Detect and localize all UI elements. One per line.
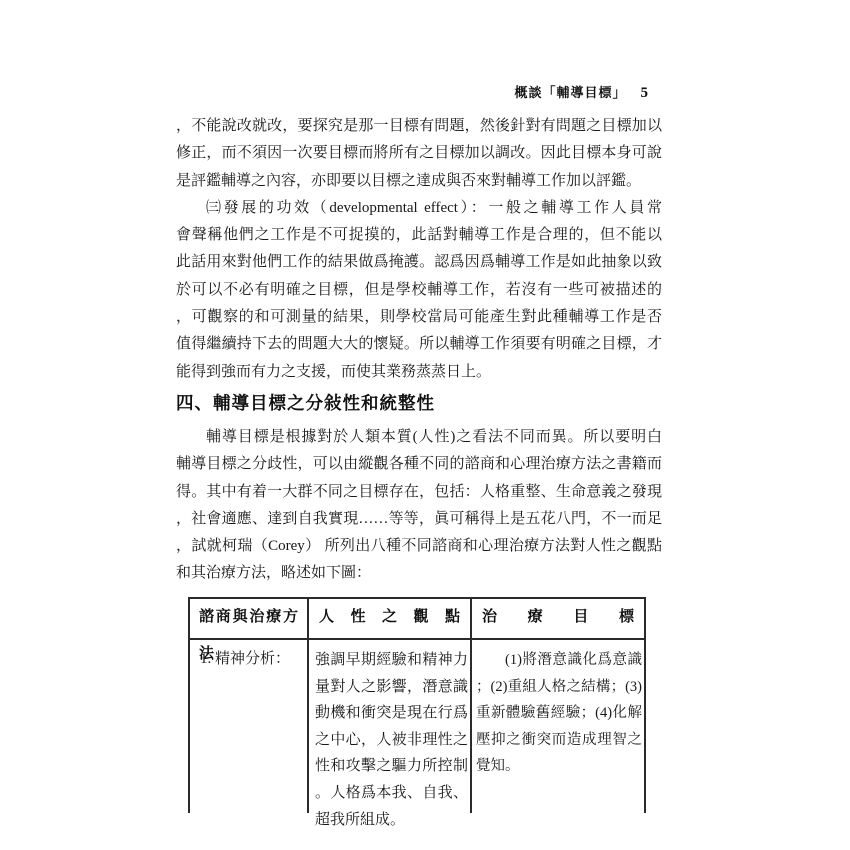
- column-header-human-nature-view: 人性之觀點: [309, 599, 472, 638]
- text-line: 動機和衝突是現在行爲: [315, 700, 468, 727]
- therapy-methods-table: 諮商與治療方法 人性之觀點 治療目標 1. 精神分析： 強調早期經驗和精神力量對…: [188, 597, 646, 813]
- text-line: 得。其中有着一大群不同之目標存在，包括：人格重整、生命意義之發現: [176, 479, 662, 506]
- text-line: ，不能說改就改，要探究是那一目標有問題，然後針對有問題之目標加以: [176, 113, 662, 140]
- body-text-block: ，不能說改就改，要探究是那一目標有問題，然後針對有問題之目標加以修正，而不須因一…: [176, 113, 662, 386]
- text-line: 會聲稱他們之工作是不可捉摸的，此話對輔導工作是合理的，但不能以: [176, 222, 662, 249]
- book-page: 概談「輔導目標」5 ，不能說改就改，要探究是那一目標有問題，然後針對有問題之目標…: [0, 0, 850, 850]
- text-line: 覺知。: [476, 753, 642, 780]
- text-line: 是評鑑輔導之內容，亦即要以目標之達成與否來對輔導工作加以評鑑。: [176, 168, 662, 195]
- text-line: 值得繼續持下去的問題大大的懷疑。所以輔導工作須要有明確之目標，才: [176, 331, 662, 358]
- text-line: ，試就柯瑞（Corey） 所列出八種不同諮商和心理治療方法對人性之觀點: [176, 533, 662, 560]
- text-line: 壓抑之衝突而造成理智之: [476, 727, 642, 754]
- text-line: 修正，而不須因一次要目標而將所有之目標加以調改。因此目標本身可說: [176, 140, 662, 167]
- text-line: 重新體驗舊經驗；(4)化解: [476, 700, 642, 727]
- page-header: 概談「輔導目標」5: [0, 82, 648, 102]
- text-line: 之中心，人被非理性之: [315, 727, 468, 754]
- paragraph-developmental-effect: ㈢發展的功效（developmental effect）：一般之輔導工作人員常會…: [176, 195, 662, 386]
- paragraph-goal-divergence: 輔導目標是根據對於人類本質(人性)之看法不同而異。所以要明白輔導目標之分歧性，可…: [176, 424, 662, 588]
- cell-therapy-goal: (1)將潛意識化爲意識；(2)重組人格之結構；(3)重新體驗舊經驗；(4)化解壓…: [472, 640, 644, 813]
- table-row: 1. 精神分析： 強調早期經驗和精神力量對人之影響，潛意識動機和衝突是現在行爲之…: [190, 640, 644, 813]
- paragraph-continuation: ，不能說改就改，要探究是那一目標有問題，然後針對有問題之目標加以修正，而不須因一…: [176, 113, 662, 195]
- cell-method-psychoanalysis: 1. 精神分析：: [190, 640, 309, 813]
- text-line: 和其治療方法，略述如下圖：: [176, 560, 662, 587]
- text-line: 強調早期經驗和精神力: [315, 647, 468, 674]
- text-line: 於可以不必有明確之目標，但是學校輔導工作，若沒有一些可被描述的: [176, 277, 662, 304]
- text-line: 超我所組成。: [315, 807, 468, 834]
- text-line: 能得到強而有力之支援，而使其業務蒸蒸日上。: [176, 359, 662, 386]
- text-line: 性和攻擊之驅力所控制: [315, 753, 468, 780]
- column-header-method: 諮商與治療方法: [190, 599, 309, 638]
- running-title: 概談「輔導目標」: [514, 85, 626, 100]
- text-line: 此話用來對他們工作的結果做爲掩護。認爲因爲輔導工作是如此抽象以致: [176, 249, 662, 276]
- section-heading: 四、輔導目標之分敍性和統整性: [176, 390, 662, 417]
- column-header-therapy-goal: 治療目標: [472, 599, 644, 638]
- table-header-row: 諮商與治療方法 人性之觀點 治療目標: [190, 599, 644, 640]
- text-line: ，可觀察的和可測量的結果，則學校當局可能產生對此種輔導工作是否: [176, 304, 662, 331]
- page-number: 5: [641, 85, 649, 101]
- text-line: 輔導目標之分歧性，可以由縱觀各種不同的諮商和心理治療方法之書籍而: [176, 451, 662, 478]
- text-line: ；(2)重組人格之結構；(3): [476, 674, 642, 701]
- cell-human-nature-view: 強調早期經驗和精神力量對人之影響，潛意識動機和衝突是現在行爲之中心，人被非理性之…: [309, 640, 472, 813]
- text-line: ㈢發展的功效（developmental effect）：一般之輔導工作人員常: [176, 195, 662, 222]
- text-line: 。人格爲本我、自我、: [315, 780, 468, 807]
- text-line: 量對人之影響，潛意識: [315, 674, 468, 701]
- text-line: (1)將潛意識化爲意識: [476, 647, 642, 674]
- text-line: ，社會適應、達到自我實現……等等，眞可稱得上是五花八門，不一而足: [176, 506, 662, 533]
- text-line: 輔導目標是根據對於人類本質(人性)之看法不同而異。所以要明白: [176, 424, 662, 451]
